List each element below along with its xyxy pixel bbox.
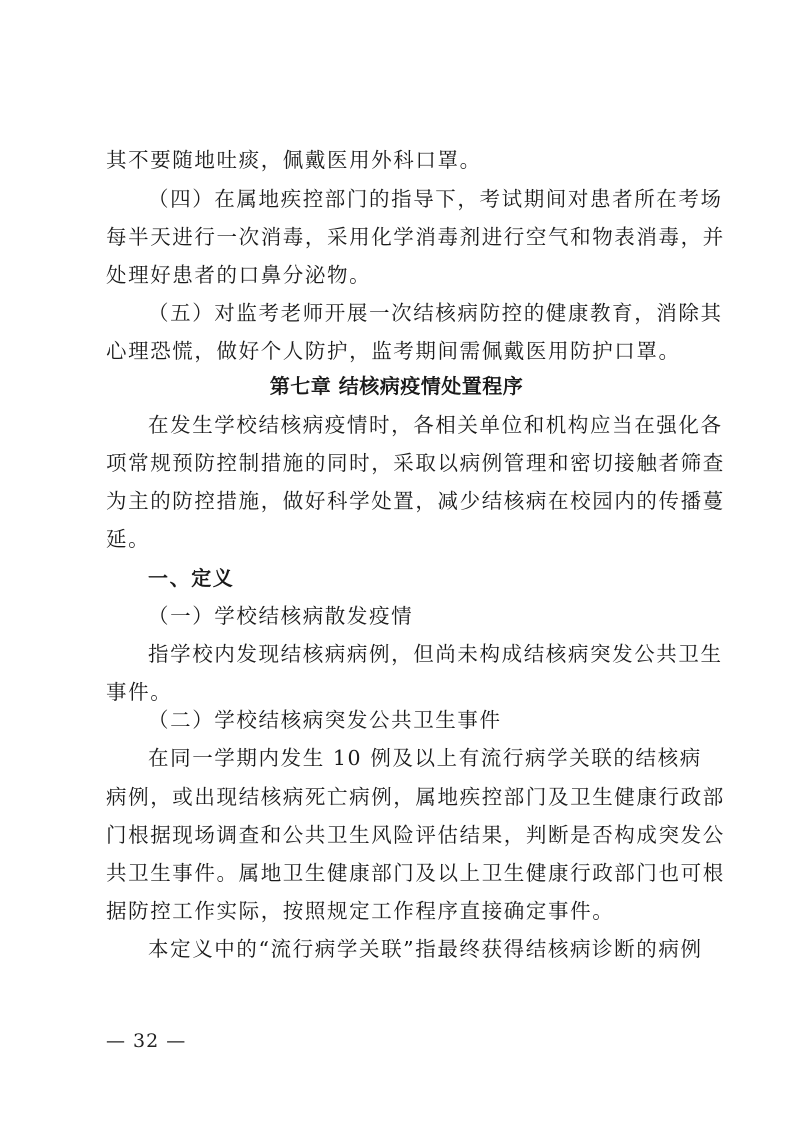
text-line: 为主的防控措施，做好科学处置，减少结核病在校园内的传播蔓 — [106, 487, 690, 515]
text-line: （五）对监考老师开展一次结核病防控的健康教育，消除其 — [148, 299, 690, 327]
text-line: 指学校内发现结核病病例，但尚未构成结核病突发公共卫生 — [148, 640, 690, 668]
text-line: 据防控工作实际，按照规定工作程序直接确定事件。 — [106, 897, 690, 925]
text-line: 延。 — [106, 525, 690, 553]
text-line: （四）在属地疾控部门的指导下，考试期间对患者所在考场 — [148, 185, 690, 213]
section-heading: 一、定义 — [148, 564, 732, 592]
chapter-heading: 第七章 结核病疫情处置程序 — [0, 372, 793, 400]
text-line: （一）学校结核病散发疫情 — [148, 602, 690, 630]
text-line: 项常规预防控制措施的同时，采取以病例管理和密切接触者筛查 — [106, 449, 690, 477]
text-line: 本定义中的“流行病学关联”指最终获得结核病诊断的病例 — [148, 935, 690, 963]
text-line: 门根据现场调查和公共卫生风险评估结果，判断是否构成突发公 — [106, 821, 690, 849]
text-line: 病例，或出现结核病死亡病例，属地疾控部门及卫生健康行政部 — [106, 783, 690, 811]
text-line: 共卫生事件。属地卫生健康部门及以上卫生健康行政部门也可根 — [106, 859, 690, 887]
text-line: （二）学校结核病突发公共卫生事件 — [148, 706, 690, 734]
text-line: 其不要随地吐痰，佩戴医用外科口罩。 — [106, 146, 690, 174]
text-line: 处理好患者的口鼻分泌物。 — [106, 261, 690, 289]
text-line: 在同一学期内发生 10 例及以上有流行病学关联的结核病 — [148, 744, 690, 772]
text-line: 每半天进行一次消毒，采用化学消毒剂进行空气和物表消毒，并 — [106, 223, 690, 251]
text-line: 在发生学校结核病疫情时，各相关单位和机构应当在强化各 — [148, 411, 690, 439]
text-line: 心理恐慌，做好个人防护，监考期间需佩戴医用防护口罩。 — [106, 337, 690, 365]
page-number: — 32 — — [106, 1030, 186, 1052]
text-line: 事件。 — [106, 678, 690, 706]
